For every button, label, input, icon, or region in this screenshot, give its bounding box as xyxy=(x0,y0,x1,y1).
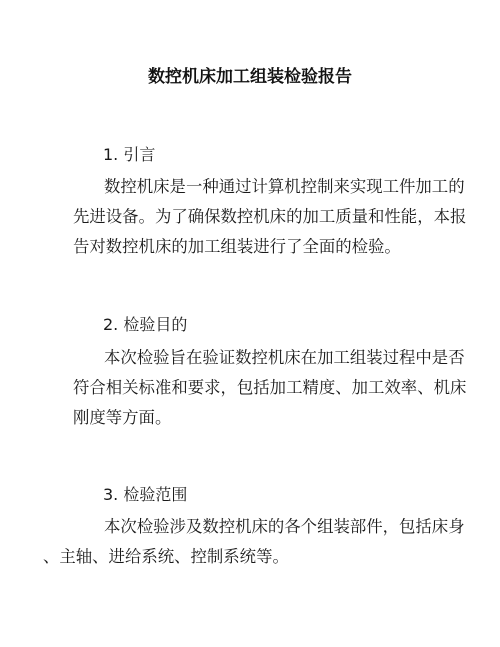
section-paragraph-introduction: 数控机床是一种通过计算机控制来实现工件加工的 先进设备。为了确保数控机床的加工质… xyxy=(73,172,429,262)
section-heading-purpose: 2. 检验目的 xyxy=(103,312,187,335)
paragraph-line: 告对数控机床的加工组装进行了全面的检验。 xyxy=(73,232,429,262)
paragraph-line: 本次检验涉及数控机床的各个组装部件，包括床身 xyxy=(73,512,429,542)
paragraph-line: 符合相关标准和要求，包括加工精度、加工效率、机床 xyxy=(73,373,429,403)
section-paragraph-scope: 本次检验涉及数控机床的各个组装部件，包括床身 、主轴、进给系统、控制系统等。 xyxy=(73,512,429,572)
document-title: 数控机床加工组装检验报告 xyxy=(0,62,500,87)
document-page: 数控机床加工组装检验报告 1. 引言 数控机床是一种通过计算机控制来实现工件加工… xyxy=(0,0,500,647)
section-paragraph-purpose: 本次检验旨在验证数控机床在加工组装过程中是否 符合相关标准和要求，包括加工精度、… xyxy=(73,343,429,433)
paragraph-line: 先进设备。为了确保数控机床的加工质量和性能，本报 xyxy=(73,202,429,232)
paragraph-line: 、主轴、进给系统、控制系统等。 xyxy=(43,542,429,572)
paragraph-line: 刚度等方面。 xyxy=(73,403,429,433)
section-heading-introduction: 1. 引言 xyxy=(103,142,155,165)
section-heading-scope: 3. 检验范围 xyxy=(103,482,187,505)
paragraph-line: 本次检验旨在验证数控机床在加工组装过程中是否 xyxy=(73,343,429,373)
paragraph-line: 数控机床是一种通过计算机控制来实现工件加工的 xyxy=(73,172,429,202)
